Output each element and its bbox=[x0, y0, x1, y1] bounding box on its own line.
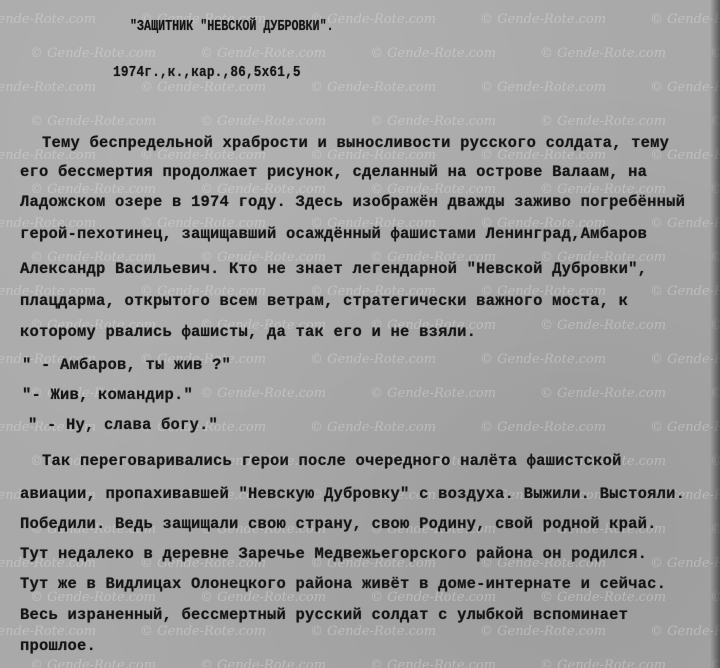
paragraph-2-line-7: прошлое. bbox=[20, 637, 96, 655]
paragraph-1-line-3: Ладожском озере в 1974 году. Здесь изобр… bbox=[20, 193, 685, 211]
paragraph-2-line-2: авиации, пропахивавшей "Невскую Дубровку… bbox=[20, 485, 685, 503]
paragraph-2-line-3: Победили. Ведь защищали свою страну, сво… bbox=[20, 515, 657, 533]
paragraph-1-line-1: Тему беспредельной храбрости и выносливо… bbox=[42, 134, 669, 152]
paragraph-2-line-5: Тут же в Видлицах Олонецкого района живё… bbox=[20, 575, 666, 593]
paragraph-2-line-1: Так переговаривались герои после очередн… bbox=[42, 452, 622, 470]
paragraph-1-line-6: плацдарма, открытого всем ветрам, страте… bbox=[20, 292, 628, 310]
scan-edge-shadow bbox=[710, 0, 720, 668]
paragraph-2-line-6: Весь израненный, бессмертный русский сол… bbox=[20, 606, 628, 624]
dialogue-line-3: " - Ну, слава богу." bbox=[28, 416, 218, 434]
paragraph-1-line-5: Александр Васильевич. Кто не знает леген… bbox=[20, 260, 647, 278]
artwork-metadata: 1974г.,к.,кар.,86,5х61,5 bbox=[113, 64, 301, 81]
paragraph-1-line-4: герой-пехотинец, защищавший осаждённый ф… bbox=[20, 225, 647, 243]
typewritten-document: "ЗАЩИТНИК "НЕВСКОЙ ДУБРОВКИ". 1974г.,к.,… bbox=[0, 0, 720, 668]
document-title: "ЗАЩИТНИК "НЕВСКОЙ ДУБРОВКИ". bbox=[130, 18, 334, 35]
paragraph-1-line-7: которому рвались фашисты, да так его и н… bbox=[20, 323, 476, 341]
paragraph-2-line-4: Тут недалеко в деревне Заречье Медвежьег… bbox=[20, 545, 647, 563]
dialogue-line-2: "- Жив, командир." bbox=[22, 386, 193, 404]
dialogue-line-1: " - Амбаров, ты жив ?" bbox=[22, 356, 231, 374]
paragraph-1-line-2: его бессмертия продолжает рисунок, сдела… bbox=[20, 163, 647, 181]
